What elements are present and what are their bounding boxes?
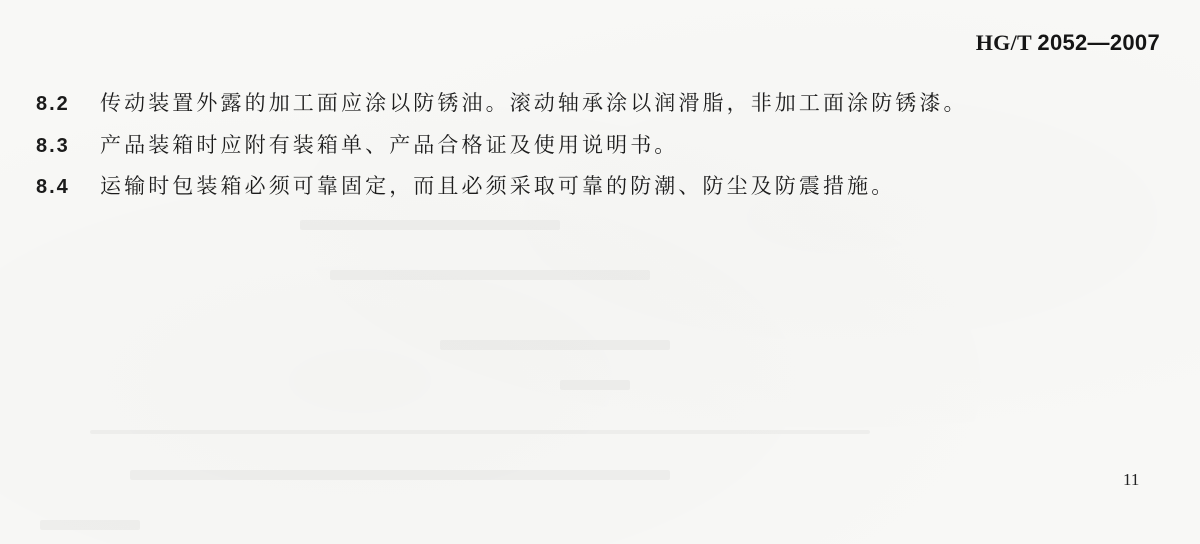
clause-number: 8.3 [36, 131, 100, 161]
standard-code: HG/T 2052—2007 [976, 30, 1160, 56]
clause-text: 运输时包装箱必须可靠固定，而且必须采取可靠的防潮、防尘及防震措施。 [100, 171, 895, 201]
document-page: HG/T 2052—2007 8.2 传动装置外露的加工面应涂以防锈油。滚动轴承… [0, 0, 1200, 544]
standard-number: 2052—2007 [1037, 30, 1160, 55]
clause-text: 传动装置外露的加工面应涂以防锈油。滚动轴承涂以润滑脂，非加工面涂防锈漆。 [100, 88, 968, 118]
bleed-through-line [40, 520, 140, 530]
clause-8-4: 8.4 运输时包装箱必须可靠固定，而且必须采取可靠的防潮、防尘及防震措施。 [36, 171, 895, 202]
bleed-through-line [440, 340, 670, 350]
bleed-through-line [130, 470, 670, 480]
bleed-through-line [300, 220, 560, 230]
clause-number: 8.4 [36, 172, 100, 202]
bleed-through-line [330, 270, 650, 280]
clause-8-3: 8.3 产品装箱时应附有装箱单、产品合格证及使用说明书。 [36, 130, 678, 161]
standard-prefix: HG/T [976, 30, 1032, 55]
bleed-through-line [90, 430, 870, 434]
clause-number: 8.2 [36, 89, 100, 119]
clause-text: 产品装箱时应附有装箱单、产品合格证及使用说明书。 [100, 130, 678, 160]
clause-8-2: 8.2 传动装置外露的加工面应涂以防锈油。滚动轴承涂以润滑脂，非加工面涂防锈漆。 [36, 88, 968, 119]
page-number: 11 [1123, 470, 1139, 490]
bleed-through-line [560, 380, 630, 390]
